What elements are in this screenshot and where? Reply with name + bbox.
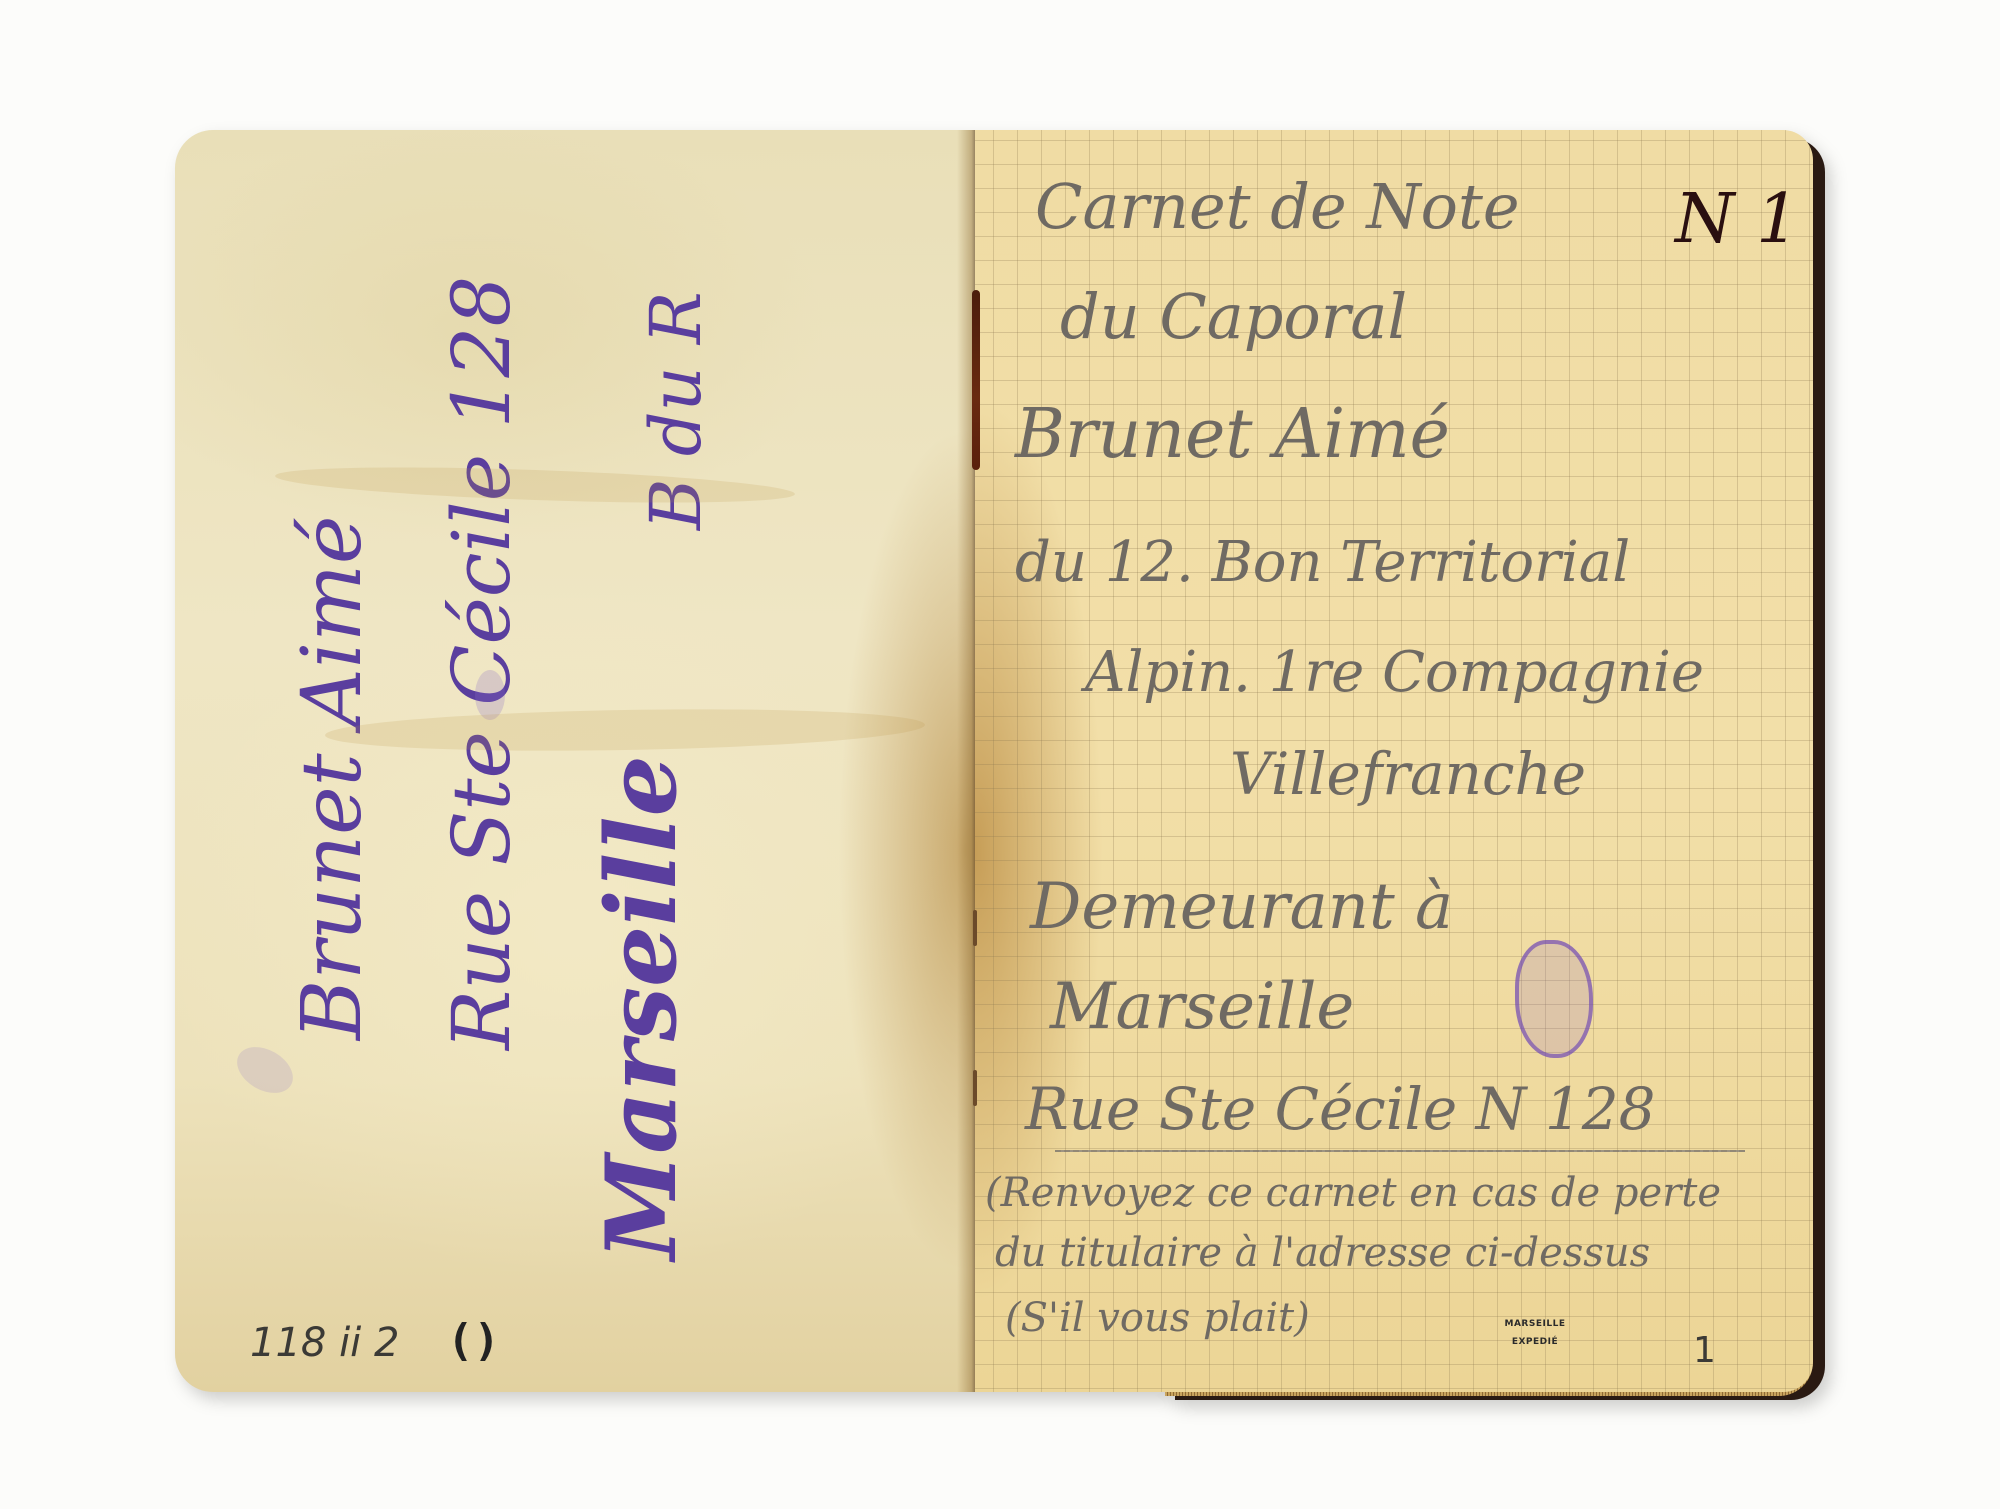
street-address: Rue Ste Cécile 128 [435, 276, 528, 1050]
archive-mark: () [447, 1315, 500, 1366]
address-underline [1055, 1150, 1745, 1152]
return-note-line-3: (S'il vous plait) [1005, 1295, 1310, 1341]
water-stain [275, 461, 796, 509]
town-line: Villefranche [1230, 740, 1586, 808]
ink-smudge [475, 670, 505, 720]
notebook: Brunet Aimé Rue Ste Cécile 128 Marseille… [175, 130, 1825, 1410]
left-page: Brunet Aimé Rue Ste Cécile 128 Marseille… [175, 130, 975, 1392]
return-note-line-2: du titulaire à l'adresse ci-dessus [995, 1230, 1650, 1276]
printer-stamp: MARSEILLE EXPEDIÉ [1495, 1315, 1575, 1351]
printer-stamp-bottom: EXPEDIÉ [1495, 1333, 1575, 1351]
staple [973, 910, 977, 946]
ink-smudge [229, 1038, 301, 1103]
title-line-2: du Caporal [1060, 280, 1407, 353]
return-note-line-1: (Renvoyez ce carnet en cas de perte [985, 1170, 1721, 1216]
archive-reference: 118 ii 2 [250, 1320, 399, 1366]
scan-scene: Brunet Aimé Rue Ste Cécile 128 Marseille… [0, 0, 2000, 1509]
notebook-number: N 1 [1675, 180, 1799, 259]
owner-name: Brunet Aimé [285, 516, 380, 1040]
company-line: Alpin. 1re Compagnie [1085, 640, 1704, 705]
water-stain [325, 705, 926, 755]
city-line: Marseille [1050, 970, 1354, 1044]
ink-stamp-blot [1515, 940, 1593, 1058]
unit-line: du 12. Bon Territorial [1015, 530, 1630, 595]
page-number: 1 [1693, 1330, 1716, 1371]
address-line: Rue Ste Cécile N 128 [1025, 1075, 1656, 1143]
title-line-1: Carnet de Note [1035, 170, 1520, 243]
rusted-staple [972, 290, 980, 470]
staple [973, 1070, 977, 1106]
city: Marseille [585, 755, 698, 1260]
name-line: Brunet Aimé [1015, 395, 1450, 474]
printer-stamp-top: MARSEILLE [1495, 1315, 1575, 1333]
right-page: N 1 Carnet de Note du Caporal Brunet Aim… [975, 130, 1813, 1392]
residence-line: Demeurant à [1030, 870, 1453, 944]
